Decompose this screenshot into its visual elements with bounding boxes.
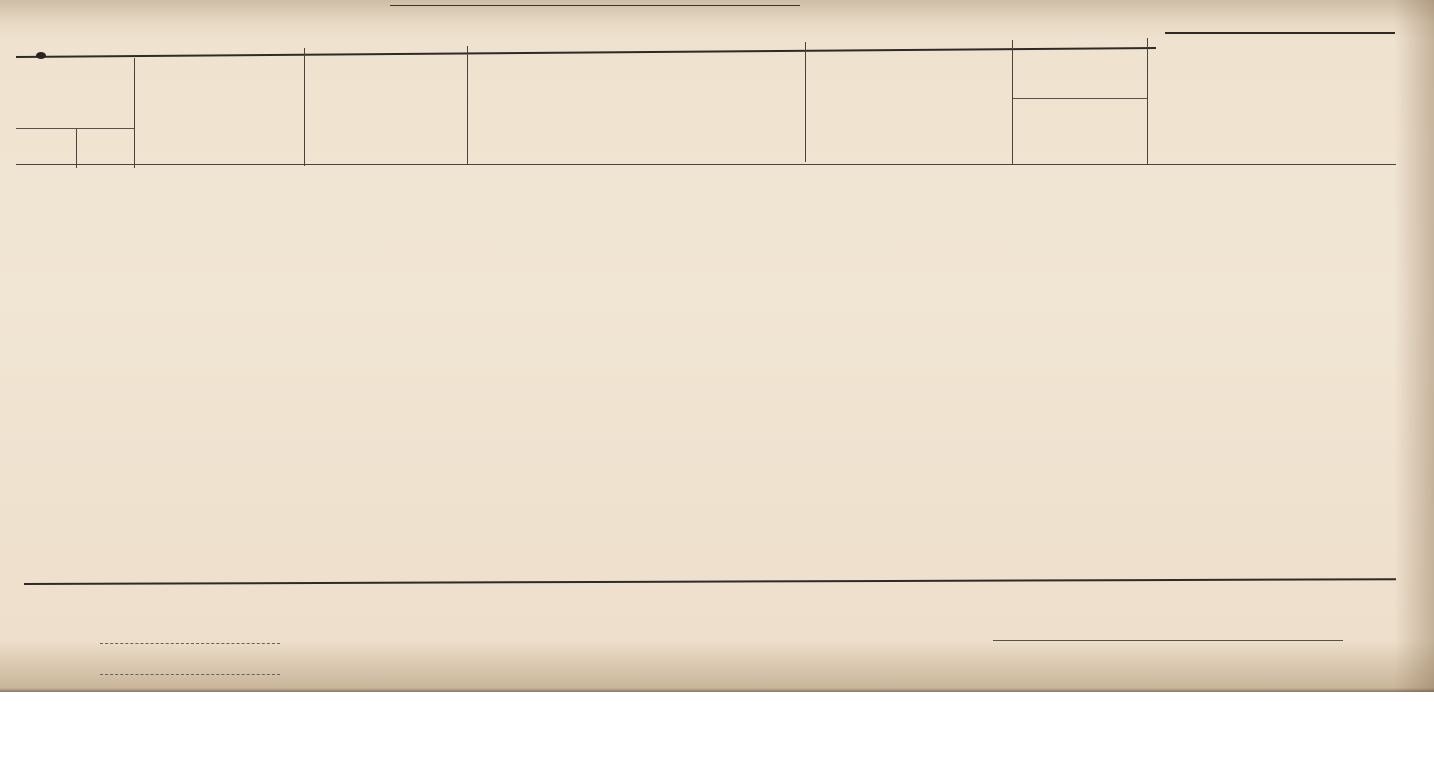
col-divider (467, 46, 468, 164)
ink-blot (36, 52, 46, 59)
header-sub-rule (16, 128, 134, 129)
col-divider (304, 48, 305, 166)
year-rule (1165, 32, 1395, 34)
header-bottom-rule (16, 164, 1396, 165)
col-divider (805, 42, 806, 162)
table-top-rule (16, 47, 1156, 58)
col-divider (1012, 40, 1013, 164)
medal-roll-page (0, 0, 1434, 692)
header-sub-rule (1013, 98, 1147, 99)
table-bottom-rule (24, 578, 1396, 585)
signature-rule (993, 640, 1343, 641)
place-rule (100, 643, 280, 644)
date-rule (100, 674, 280, 675)
top-rule (390, 5, 800, 6)
col-divider (1147, 38, 1148, 164)
col-divider (76, 128, 77, 168)
col-divider (134, 58, 135, 168)
